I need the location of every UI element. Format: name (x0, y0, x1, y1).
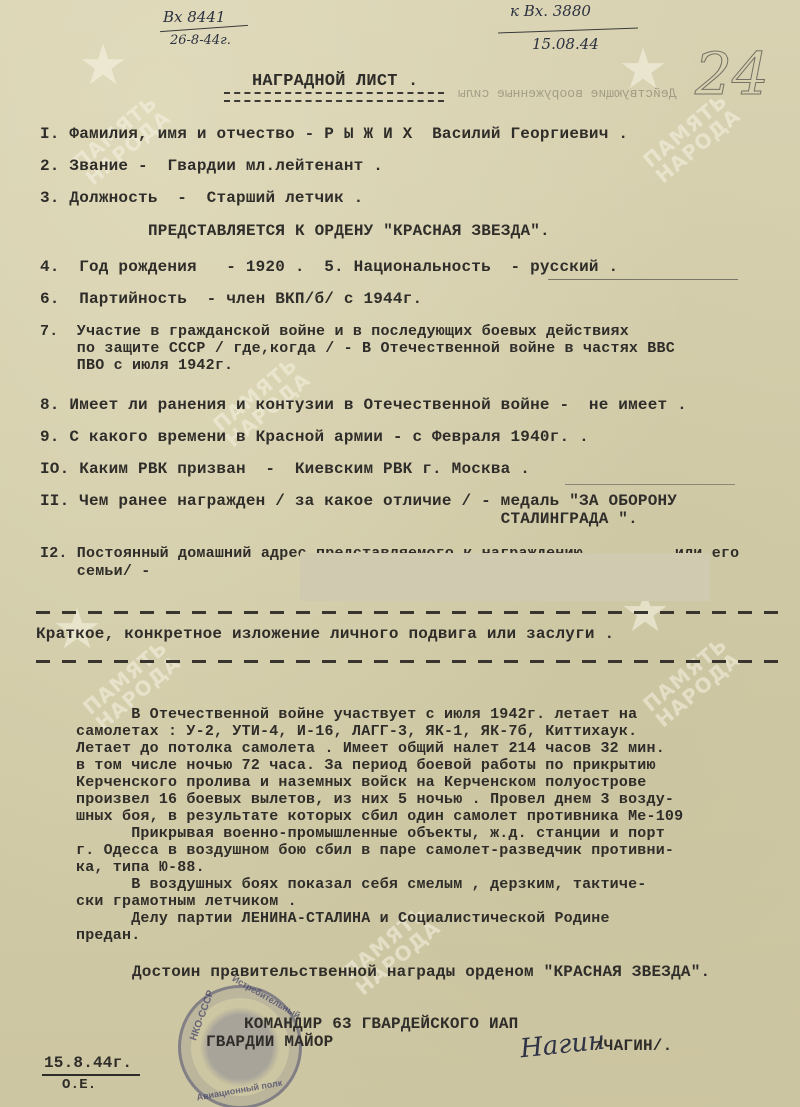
footer-initials: О.Е. (62, 1077, 96, 1093)
field-party: 6. Партийность - член ВКП/б/ с 1944г. (40, 290, 422, 308)
feat-line: Летает до потолка самолета . Имеет общий… (76, 740, 683, 757)
field-address-2: семьи/ - (40, 563, 150, 580)
feat-line: Керченского пролива и наземных войск на … (76, 774, 683, 791)
feat-line: ски грамотным летчиком . (76, 893, 683, 910)
feat-line: г. Одесса в воздушном бою сбил в паре са… (76, 842, 683, 859)
incoming-number-right: к Вх. 3880 (510, 2, 591, 20)
field-birth-nationality: 4. Год рождения - 1920 . 5. Национальнос… (40, 258, 618, 276)
field-conscription: IO. Каким РВК призван - Киевским РВК г. … (40, 460, 530, 478)
feat-line: произвел 16 боевых вылетов, из них 5 ноч… (76, 791, 683, 808)
field-wounds: 8. Имеет ли ранения и контузии в Отечест… (40, 396, 687, 414)
field-army-since: 9. С какого времени в Красной армии - с … (40, 428, 589, 446)
document-title: НАГРАДНОЙ ЛИСТ . (252, 72, 418, 91)
incoming-number-left: Вх 8441 (163, 8, 225, 26)
conclusion: Достоин правительственной награды ордено… (132, 963, 710, 981)
feat-line: Прикрывая военно-промышленные объекты, ж… (76, 825, 683, 842)
incoming-date-right: 15.08.44 (532, 35, 599, 53)
dashed-separator (36, 660, 786, 663)
faint-header-text: Действующие вооруженные силы (458, 86, 676, 101)
feat-text: В Отечественной войне участвует с июля 1… (76, 706, 683, 944)
field-name: I. Фамилия, имя и отчество - Р Ы Ж И Х В… (40, 125, 628, 143)
commander-name: /ЧАГИН/. (594, 1037, 672, 1055)
sheet-number: 24 (695, 40, 769, 108)
field-rank: 2. Звание - Гвардии мл.лейтенант . (40, 157, 383, 175)
field-awards-2: СТАЛИНГРАДА ". (40, 510, 638, 528)
commander-rank: ГВАРДИИ МАЙОР (206, 1033, 333, 1051)
feat-line: ка, типа Ю-88. (76, 859, 683, 876)
feat-line: В воздушных боях показал себя смелым , д… (76, 876, 683, 893)
title-underline (224, 92, 444, 102)
feat-line: Делу партии ЛЕНИНА-СТАЛИНА и Социалистич… (76, 910, 683, 927)
feat-line: в том числе ночью 72 часа. За период бое… (76, 757, 683, 774)
field-participation-1: 7. Участие в гражданской войне и в после… (40, 323, 629, 340)
redacted-address (300, 553, 710, 601)
feat-line: В Отечественной войне участвует с июля 1… (76, 706, 683, 723)
nomination-heading: ПРЕДСТАВЛЯЕТСЯ К ОРДЕНУ "КРАСНАЯ ЗВЕЗДА"… (148, 222, 550, 240)
divider (565, 484, 735, 485)
feat-line: предан. (76, 927, 683, 944)
dashed-separator (36, 611, 786, 614)
feat-line: шных боя, в результате которых сбил один… (76, 808, 683, 825)
divider (42, 1074, 140, 1076)
incoming-date-left: 26-8-44г. (170, 33, 231, 48)
field-participation-3: ПВО с июля 1942г. (40, 357, 233, 374)
field-participation-2: по защите СССР / где,когда / - В Отечест… (40, 340, 675, 357)
divider (498, 28, 638, 34)
watermark-star-icon: ★ (78, 38, 128, 94)
feat-line: самолетах : У-2, УТИ-4, И-16, ЛАГГ-3, ЯК… (76, 723, 683, 740)
feat-heading: Краткое, конкретное изложение личного по… (36, 625, 614, 643)
divider (160, 25, 248, 32)
footer-date: 15.8.44г. (44, 1054, 132, 1072)
commander-title: КОМАНДИР 63 ГВАРДЕЙСКОГО ИАП (244, 1015, 518, 1033)
field-position: 3. Должность - Старший летчик . (40, 189, 363, 207)
field-awards-1: II. Чем ранее награжден / за какое отлич… (40, 492, 677, 510)
divider (548, 279, 738, 280)
